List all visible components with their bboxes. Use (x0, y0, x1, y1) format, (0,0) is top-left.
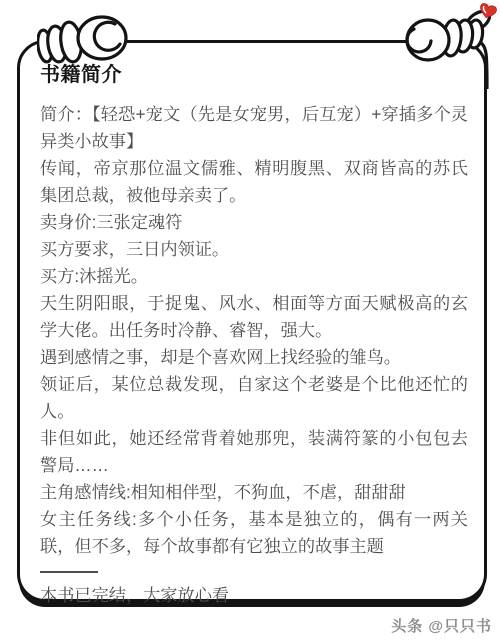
intro-paragraph: 遇到感情之事，却是个喜欢网上找经验的雏鸟。 (40, 344, 468, 371)
intro-paragraph: 非但如此，她还经常背着她那兜，装满符篆的小包包去警局…… (40, 425, 468, 479)
intro-paragraph: 领证后，某位总裁发现，自家这个老婆是个比他还忙的人。 (40, 371, 468, 425)
intro-paragraph: 天生阴阳眼，于捉鬼、风水、相面等方面天赋极高的玄学大佬。出任务时冷静、睿智，强大… (40, 290, 468, 344)
divider-line (40, 571, 98, 573)
intro-paragraph: 女主任务线:多个小任务，基本是独立的，偶有一两关联，但不多，每个故事都有它独立的… (40, 506, 468, 560)
right-hand-fist-icon (402, 1, 499, 89)
intro-paragraph: 卖身价:三张定魂符 (40, 209, 468, 236)
intro-paragraphs: 简介：【轻恐+宠文（先是女宠男，后互宠）+穿插多个灵异类小故事】传闻，帝京那位温… (40, 101, 468, 560)
watermark-author-credit: 头条 @只只书 (391, 615, 492, 636)
hand-drawn-frame: 书籍简介 简介：【轻恐+宠文（先是女宠男，后互宠）+穿插多个灵异类小故事】传闻，… (17, 40, 487, 602)
closing-note: 本书已完结，大家放心看 (40, 582, 468, 609)
intro-paragraph: 简介：【轻恐+宠文（先是女宠男，后互宠）+穿插多个灵异类小故事】 (40, 101, 468, 155)
book-intro-card-page: 书籍简介 简介：【轻恐+宠文（先是女宠男，后互宠）+穿插多个灵异类小故事】传闻，… (0, 0, 500, 642)
intro-paragraph: 买方要求，三日内领证。 (40, 236, 468, 263)
closing-note-text: 本书已完结，大家放心看 (40, 582, 468, 609)
card-content: 书籍简介 简介：【轻恐+宠文（先是女宠男，后互宠）+穿插多个灵异类小故事】传闻，… (40, 63, 468, 589)
left-hand-fist-icon (37, 9, 151, 71)
intro-paragraph: 传闻，帝京那位温文儒雅、精明腹黑、双商皆高的苏氏集团总裁，被他母亲卖了。 (40, 155, 468, 209)
intro-paragraph: 主角感情线:相知相伴型，不狗血，不虐，甜甜甜 (40, 479, 468, 506)
intro-paragraph: 买方:沐摇光。 (40, 263, 468, 290)
